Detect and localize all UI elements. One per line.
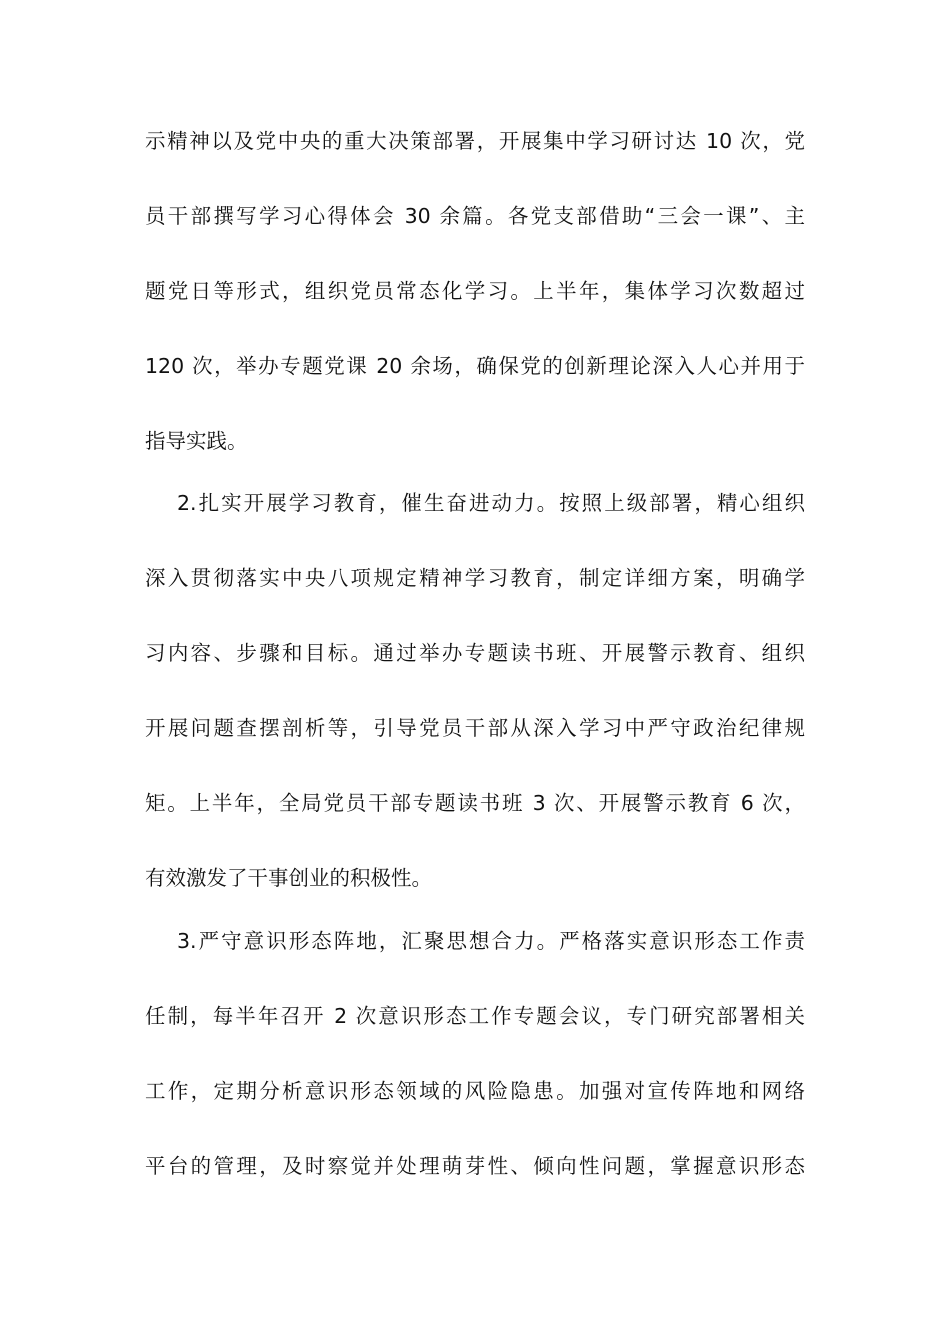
text-line: 矩。上半年，全局党员干部专题读书班 3 次、开展警示教育 6 次，	[145, 788, 805, 818]
text-line: 习内容、步骤和目标。通过举办专题读书班、开展警示教育、组织	[145, 638, 805, 668]
text-line: 任制，每半年召开 2 次意识形态工作专题会议，专门研究部署相关	[145, 1001, 805, 1031]
text-line: 120 次，举办专题党课 20 余场，确保党的创新理论深入人心并用于	[145, 351, 805, 381]
paragraph-heading-line: 2.扎实开展学习教育，催生奋进动力。按照上级部署，精心组织	[177, 488, 805, 518]
text-line: 员干部撰写学习心得体会 30 余篇。各党支部借助“三会一课”、主	[145, 201, 805, 231]
paragraph-heading-line: 3.严守意识形态阵地，汇聚思想合力。严格落实意识形态工作责	[177, 926, 805, 956]
text-line: 有效激发了干事创业的积极性。	[145, 863, 805, 893]
text-line: 开展问题查摆剖析等，引导党员干部从深入学习中严守政治纪律规	[145, 713, 805, 743]
document-page: 示精神以及党中央的重大决策部署，开展集中学习研讨达 10 次，党 员干部撰写学习…	[0, 0, 950, 1344]
text-line: 平台的管理，及时察觉并处理萌芽性、倾向性问题，掌握意识形态	[145, 1151, 805, 1181]
text-line: 指导实践。	[145, 426, 805, 456]
text-line: 题党日等形式，组织党员常态化学习。上半年，集体学习次数超过	[145, 276, 805, 306]
text-line: 工作，定期分析意识形态领域的风险隐患。加强对宣传阵地和网络	[145, 1076, 805, 1106]
text-line: 示精神以及党中央的重大决策部署，开展集中学习研讨达 10 次，党	[145, 126, 805, 156]
text-line: 深入贯彻落实中央八项规定精神学习教育，制定详细方案，明确学	[145, 563, 805, 593]
